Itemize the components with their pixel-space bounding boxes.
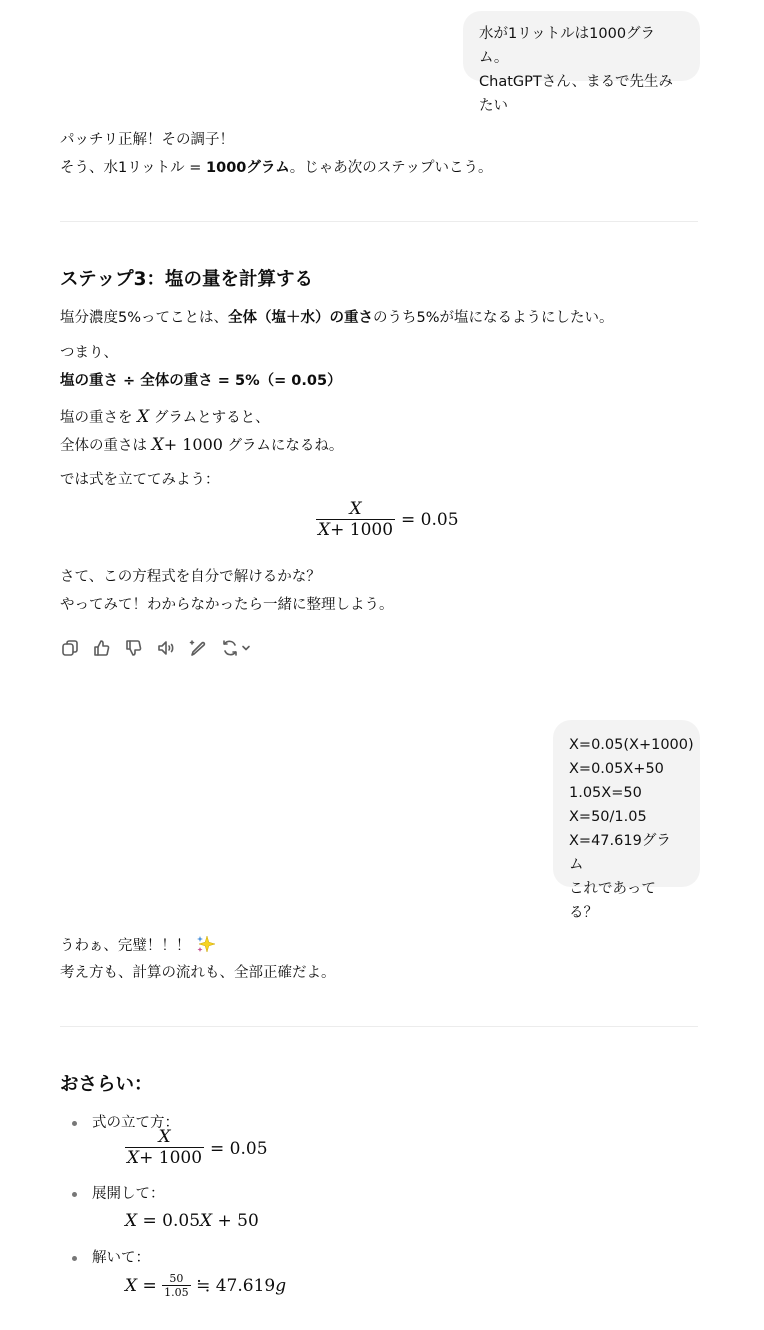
regenerate-icon xyxy=(220,638,240,658)
text-segment: 塩の重さを xyxy=(60,410,137,426)
math-expression: + 1000 xyxy=(330,520,393,540)
math-expression: + 50 xyxy=(212,1211,259,1231)
regenerate-button[interactable] xyxy=(220,637,260,659)
bullet-label: 解いて： xyxy=(92,1248,150,1268)
user-message-line: 1.05X=50 xyxy=(569,781,684,805)
user-message-line: ChatGPTさん、まるで先生みたい xyxy=(479,70,684,118)
user-message-line: X=0.05(X+1000) xyxy=(569,733,684,757)
section-heading: ステップ3：塩の量を計算する xyxy=(60,267,313,293)
copy-icon xyxy=(60,638,80,658)
text-segment: グラムになるね。 xyxy=(223,438,343,454)
divider xyxy=(60,221,698,222)
edit-button[interactable] xyxy=(188,637,220,659)
assistant-text: では式を立ててみよう： xyxy=(60,469,220,491)
bullet-dot xyxy=(72,1121,77,1126)
assistant-text: やってみて！わからなかったら一緒に整理しよう。 xyxy=(60,594,394,616)
math-expression: = xyxy=(137,1276,162,1296)
read-aloud-icon xyxy=(156,638,176,658)
bullet-dot xyxy=(72,1192,77,1197)
read-aloud-button[interactable] xyxy=(156,637,188,659)
thumbs-up-button[interactable] xyxy=(92,637,124,659)
bullet-equation: X X+ 1000 = 0.05 xyxy=(125,1129,268,1168)
user-message-line: 水が1リットルは1000グラム。 xyxy=(479,22,684,70)
text-segment: のうち5%が塩になるようにしたい。 xyxy=(373,310,614,326)
text-segment: 全体の重さは xyxy=(60,438,152,454)
math-unit: g xyxy=(275,1276,286,1296)
math-variable: X xyxy=(200,1211,212,1231)
edit-in-canvas-icon xyxy=(188,638,208,658)
fraction-numerator: X xyxy=(347,500,363,519)
text-segment: 。じゃあ次のステップいこう。 xyxy=(290,160,493,176)
bullet-equation: X = 0.05X + 50 xyxy=(125,1211,259,1231)
equation-rhs: = 0.05 xyxy=(401,510,459,530)
bullet-equation: X = 50 1.05 ≒ 47.619g xyxy=(125,1273,286,1299)
math-variable: X xyxy=(125,1276,137,1296)
bold-formula-text: 塩の重さ ÷ 全体の重さ = 5%（= 0.05） xyxy=(60,370,342,392)
thumbs-up-icon xyxy=(92,638,112,658)
math-expression: + 1000 xyxy=(139,1148,202,1168)
fraction: X X+ 1000 xyxy=(125,1129,204,1168)
user-message-line: X=47.619グラム xyxy=(569,829,684,877)
text-segment: 塩分濃度5%ってことは、 xyxy=(60,310,228,326)
text-segment: グラムとすると、 xyxy=(149,410,269,426)
copy-button[interactable] xyxy=(60,637,92,659)
math-variable: X xyxy=(125,1211,137,1231)
equation-rhs: = 0.05 xyxy=(210,1139,268,1159)
assistant-text: 考え方も、計算の流れも、全部正確だよ。 xyxy=(60,962,336,984)
math-variable: X xyxy=(127,1148,139,1168)
fraction-denominator: 1.05 xyxy=(162,1285,191,1299)
message-actions xyxy=(60,637,260,659)
assistant-text: 塩分濃度5%ってことは、全体（塩＋水）の重さのうち5%が塩になるようにしたい。 xyxy=(60,307,614,329)
user-message-line: X=0.05X+50 xyxy=(569,757,684,781)
user-message-bubble: 水が1リットルは1000グラム。 ChatGPTさん、まるで先生みたい xyxy=(463,11,700,81)
assistant-text: 塩の重さを X グラムとすると、 xyxy=(60,406,270,429)
section-heading: おさらい： xyxy=(60,1072,153,1098)
math-variable: X xyxy=(318,520,330,540)
math-expression: = 0.05 xyxy=(137,1211,200,1231)
assistant-text: そう、水1リットル = 1000グラム。じゃあ次のステップいこう。 xyxy=(60,157,492,179)
fraction-numerator: 50 xyxy=(167,1273,185,1285)
fraction: X X+ 1000 xyxy=(316,500,395,540)
user-message-line: これであってる？ xyxy=(569,877,684,925)
chevron-down-icon xyxy=(241,643,251,653)
math-variable: X xyxy=(152,435,164,455)
user-message-line: X=50/1.05 xyxy=(569,805,684,829)
thumbs-down-icon xyxy=(124,638,144,658)
user-message-bubble: X=0.05(X+1000) X=0.05X+50 1.05X=50 X=50/… xyxy=(553,720,700,887)
fraction: 50 1.05 xyxy=(162,1273,191,1299)
sparkles-icon xyxy=(195,934,215,954)
text-segment: うわぁ、完璧！！！ xyxy=(60,938,190,954)
assistant-text: さて、この方程式を自分で解けるかな？ xyxy=(60,566,321,588)
fraction-numerator: X xyxy=(156,1129,172,1147)
display-equation: X X+ 1000 = 0.05 xyxy=(316,500,459,540)
assistant-text: パッチリ正解！その調子！ xyxy=(60,129,234,151)
bold-text: 1000グラム xyxy=(206,160,290,176)
divider xyxy=(60,1026,698,1027)
bullet-dot xyxy=(72,1256,77,1261)
math-variable: X xyxy=(137,407,149,427)
assistant-text: うわぁ、完璧！！！ xyxy=(60,934,215,957)
thumbs-down-button[interactable] xyxy=(124,637,156,659)
math-expression: + 1000 xyxy=(164,435,223,454)
assistant-text: つまり、 xyxy=(60,342,118,364)
fraction-denominator: X+ 1000 xyxy=(125,1147,204,1168)
fraction-denominator: X+ 1000 xyxy=(316,519,395,540)
assistant-text: 全体の重さは X+ 1000 グラムになるね。 xyxy=(60,434,343,457)
text-segment: そう、水1リットル = xyxy=(60,160,206,176)
bold-text: 全体（塩＋水）の重さ xyxy=(228,310,373,326)
math-expression: ≒ 47.619 xyxy=(191,1276,276,1296)
bullet-label: 展開して： xyxy=(92,1184,165,1204)
